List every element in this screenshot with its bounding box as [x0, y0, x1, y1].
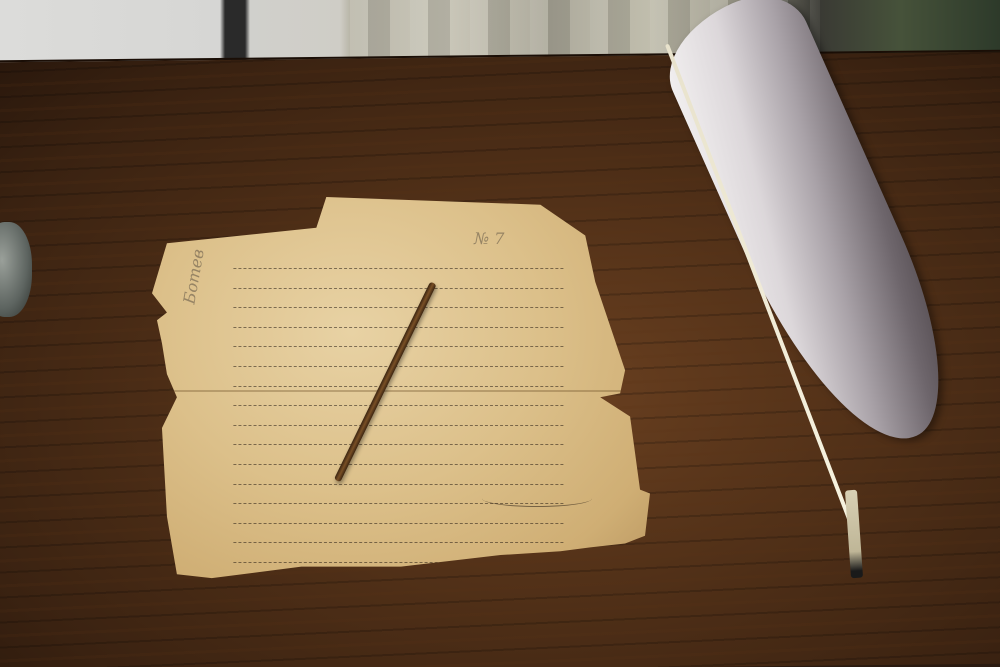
signature — [482, 490, 592, 507]
handwritten-line — [233, 409, 569, 426]
handwritten-line — [233, 428, 569, 445]
handwritten-lines — [236, 252, 566, 566]
handwritten-line — [233, 272, 569, 289]
margin-note: Ботев — [180, 248, 208, 306]
handwritten-line — [233, 370, 569, 387]
photo-scene: Ботев № 7 — [0, 0, 1000, 667]
handwritten-line — [233, 252, 569, 269]
handwritten-line — [233, 507, 569, 524]
handwritten-line — [233, 311, 569, 328]
handwritten-line — [233, 526, 569, 543]
page-number-note: № 7 — [474, 229, 504, 248]
manuscript-page: Ботев № 7 — [152, 197, 650, 582]
handwritten-line — [233, 291, 569, 308]
handwritten-line — [233, 468, 569, 485]
handwritten-line — [233, 389, 569, 406]
handwritten-line — [233, 448, 569, 465]
